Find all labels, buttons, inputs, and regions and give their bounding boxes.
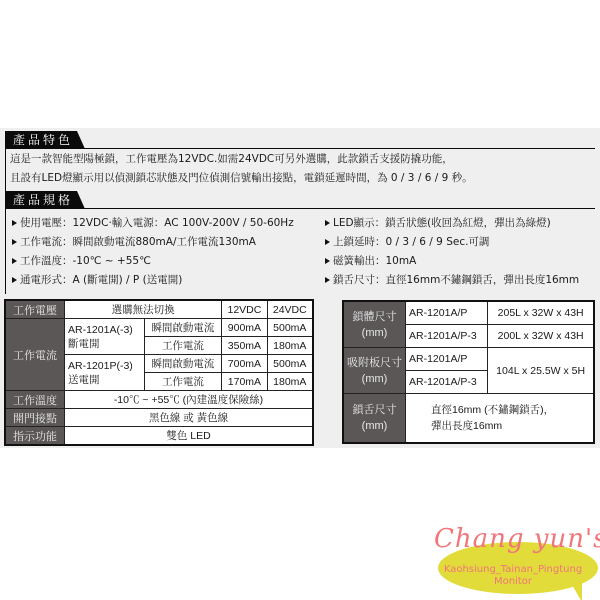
- specs-border: [5, 209, 6, 294]
- table-row: 工作電流 AR-1201A(-3) 斷電開 瞬間啟動電流 900mA 500mA: [5, 319, 313, 337]
- cell: 黑色線 或 黃色線: [65, 409, 314, 427]
- bullet-arrow-icon: [12, 277, 17, 283]
- logo-subtitle-line: Kaohsiung_Tainan_Pingtung: [428, 564, 598, 576]
- feature-line: 這是一款智能型陽極鎖，工作電壓為12VDC.如需24VDC可另外選購，此款鎖舌支…: [10, 151, 453, 168]
- logo-title: Chang yun's: [434, 524, 600, 554]
- row-label: 工作電流: [5, 319, 65, 391]
- spec-text: 磁簧輸出：10mA: [333, 255, 416, 267]
- cell: 350mA: [222, 337, 267, 355]
- label-text: 吸附板尺寸: [347, 355, 402, 371]
- spec-text: 使用電壓：12VDC‧輸入電源：AC 100V-200V / 50-60Hz: [20, 217, 294, 229]
- header-rule: [5, 208, 595, 209]
- bolt-text: 直徑16mm (不鏽鋼鎖舌)，: [431, 402, 590, 418]
- unit-text: (mm): [347, 371, 402, 387]
- dimension-table: 鎖體尺寸 (mm) AR-1201A/P 205L x 32W x 43H AR…: [342, 300, 595, 444]
- cell: 工作電流: [144, 373, 222, 391]
- cell: 900mA: [222, 319, 267, 337]
- spec-text: 鎖舌尺寸：直徑16mm不鏽鋼鎖舌，彈出長度16mm: [333, 274, 579, 286]
- table-row: 指示功能 雙色 LED: [5, 427, 313, 446]
- label-text: 鎖體尺寸: [347, 309, 402, 325]
- spec-item: 工作溫度：-10℃ ~ +55℃: [12, 252, 151, 270]
- model-name: AR-1201P(-3): [68, 359, 141, 373]
- bullet-arrow-icon: [325, 277, 330, 283]
- feature-line: 且設有LED燈顯示用以偵測鎖芯狀態及門位偵測信號輸出接點，電鎖延遲時間，為 0 …: [10, 170, 473, 187]
- cell: 205L x 32W x 43H: [488, 301, 594, 325]
- unit-text: (mm): [347, 418, 402, 434]
- cell: 104L x 25.5W x 5H: [488, 348, 594, 394]
- cell: AR-1201A/P-3: [406, 371, 488, 394]
- cell: -10℃ ~ +55℃ (內建溫度保險絲): [65, 391, 314, 409]
- row-label: 工作電壓: [5, 300, 65, 319]
- features-title: 產品特色: [5, 131, 85, 149]
- table-row: 開門接點 黑色線 或 黃色線: [5, 409, 313, 427]
- model-type: 斷電開: [68, 337, 141, 351]
- spec-text: 工作電流：瞬間啟動電流880mA/工作電流130mA: [20, 236, 256, 248]
- logo-subtitle-line: Monitor: [428, 576, 598, 588]
- features-border: [5, 149, 6, 191]
- cell: 12VDC: [222, 300, 267, 319]
- features-header: 產品特色: [5, 131, 600, 149]
- spec-item: 上鎖延時：0 / 3 / 6 / 9 Sec.可調: [325, 233, 489, 251]
- spec-item: 鎖舌尺寸：直徑16mm不鏽鋼鎖舌，彈出長度16mm: [325, 271, 579, 289]
- cell: 24VDC: [267, 300, 313, 319]
- cell: 瞬間啟動電流: [144, 355, 222, 373]
- row-label: 吸附板尺寸 (mm): [343, 348, 406, 394]
- row-label: 鎖舌尺寸 (mm): [343, 394, 406, 444]
- cell: 選購無法切換: [65, 300, 222, 319]
- cell: 200L x 32W x 43H: [488, 325, 594, 348]
- model-cell: AR-1201A(-3) 斷電開: [65, 319, 145, 355]
- table-row: 鎖舌尺寸 (mm) 直徑16mm (不鏽鋼鎖舌)， 彈出長度16mm: [343, 394, 594, 444]
- spec-item: 工作電流：瞬間啟動電流880mA/工作電流130mA: [12, 233, 256, 251]
- spec-text: 上鎖延時：0 / 3 / 6 / 9 Sec.可調: [333, 236, 489, 248]
- cell: 700mA: [222, 355, 267, 373]
- spec-item: 通電形式：A (斷電開) / P (送電開): [12, 271, 182, 289]
- spec-text: 工作溫度：-10℃ ~ +55℃: [20, 255, 151, 267]
- cell: 180mA: [267, 373, 313, 391]
- cell: 500mA: [267, 355, 313, 373]
- table-row: 吸附板尺寸 (mm) AR-1201A/P 104L x 25.5W x 5H: [343, 348, 594, 371]
- bullet-arrow-icon: [325, 220, 330, 226]
- logo-subtitle: Kaohsiung_Tainan_Pingtung Monitor: [428, 564, 598, 588]
- specs-header: 產品規格: [5, 191, 600, 209]
- table-row: 工作電壓 選購無法切換 12VDC 24VDC: [5, 300, 313, 319]
- spec-item: LED顯示：鎖舌狀態(收回為紅燈，彈出為綠燈): [325, 214, 551, 232]
- cell: AR-1201A/P-3: [406, 325, 488, 348]
- cell: AR-1201A/P: [406, 301, 488, 325]
- row-label: 指示功能: [5, 427, 65, 446]
- cell: 雙色 LED: [65, 427, 314, 446]
- bolt-text: 彈出長度16mm: [431, 418, 590, 434]
- specs-title: 產品規格: [5, 191, 85, 209]
- header-rule: [5, 148, 595, 149]
- cell: 工作電流: [144, 337, 222, 355]
- cell: AR-1201A/P: [406, 348, 488, 371]
- model-cell: AR-1201P(-3) 送電開: [65, 355, 145, 391]
- cell: 直徑16mm (不鏽鋼鎖舌)， 彈出長度16mm: [406, 394, 595, 444]
- cell: 170mA: [222, 373, 267, 391]
- electrical-spec-table: 工作電壓 選購無法切換 12VDC 24VDC 工作電流 AR-1201A(-3…: [4, 299, 314, 446]
- cell: 180mA: [267, 337, 313, 355]
- row-label: 開門接點: [5, 409, 65, 427]
- bullet-arrow-icon: [12, 220, 17, 226]
- cell: 500mA: [267, 319, 313, 337]
- row-label: 工作溫度: [5, 391, 65, 409]
- table-row: 鎖體尺寸 (mm) AR-1201A/P 205L x 32W x 43H: [343, 301, 594, 325]
- spec-item: 使用電壓：12VDC‧輸入電源：AC 100V-200V / 50-60Hz: [12, 214, 294, 232]
- bullet-arrow-icon: [325, 239, 330, 245]
- bullet-arrow-icon: [325, 258, 330, 264]
- row-label: 鎖體尺寸 (mm): [343, 301, 406, 348]
- bullet-arrow-icon: [12, 239, 17, 245]
- bullet-arrow-icon: [12, 258, 17, 264]
- table-row: 工作溫度 -10℃ ~ +55℃ (內建溫度保險絲): [5, 391, 313, 409]
- model-name: AR-1201A(-3): [68, 323, 141, 337]
- cell: 瞬間啟動電流: [144, 319, 222, 337]
- label-text: 鎖舌尺寸: [347, 402, 402, 418]
- unit-text: (mm): [347, 325, 402, 341]
- model-type: 送電開: [68, 373, 141, 387]
- spec-item: 磁簧輸出：10mA: [325, 252, 416, 270]
- spec-text: 通電形式：A (斷電開) / P (送電開): [20, 274, 182, 286]
- store-logo: Chang yun's Kaohsiung_Tainan_Pingtung Mo…: [428, 520, 598, 600]
- spec-text: LED顯示：鎖舌狀態(收回為紅燈，彈出為綠燈): [333, 217, 551, 229]
